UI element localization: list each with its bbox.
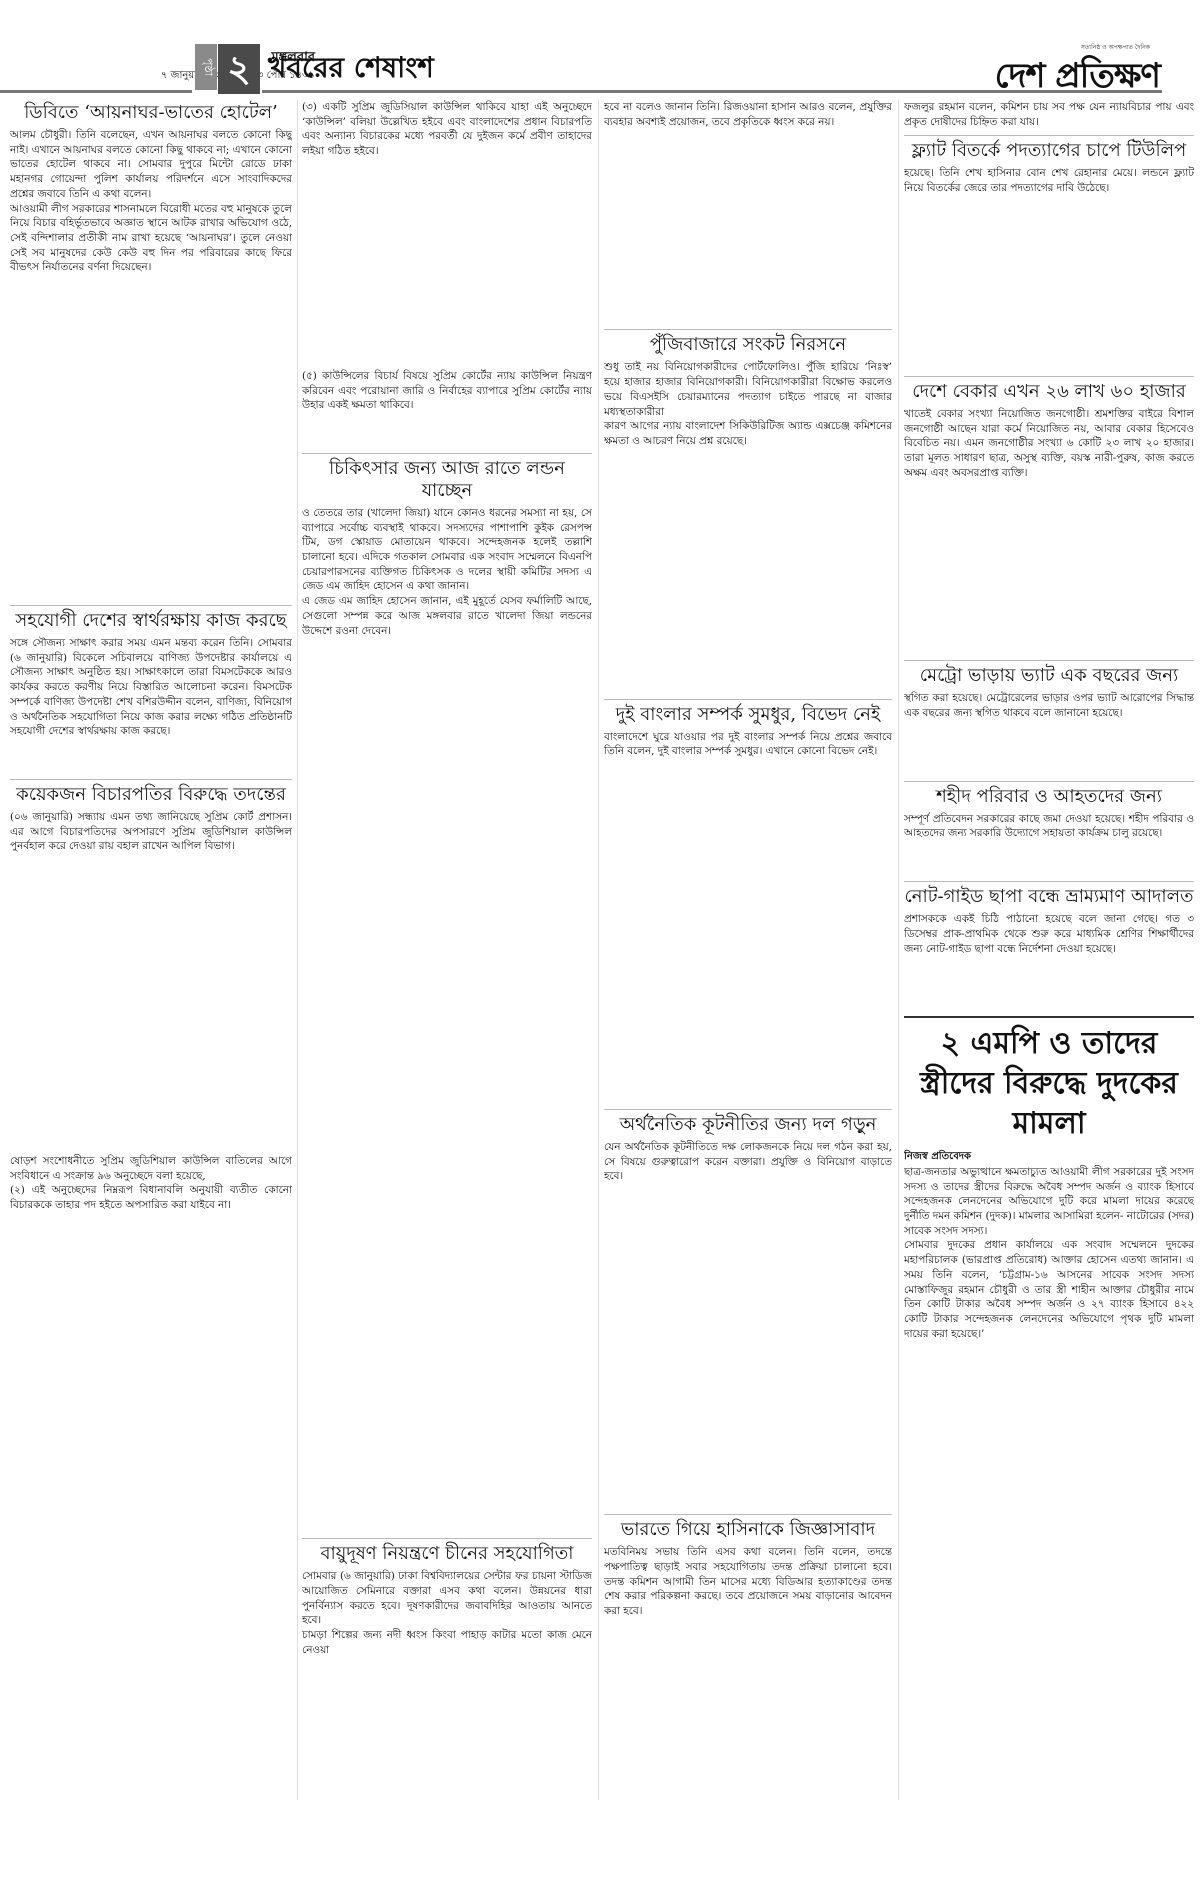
article-continuation: হবে না বলেও জানান তিনি। রিজওয়ানা হাসান … [604, 100, 892, 129]
article-paragraph: যেন অর্থনৈতিক কূটনীতিতে দক্ষ লোকজনকে নিয… [604, 1140, 892, 1184]
column-4: ফজলুর রহমান বলেন, কমিশন চায় সব পক্ষ যেন… [904, 100, 1194, 1800]
article-paragraph: ছাত্র-জনতার অভ্যুত্থানে ক্ষমতাচ্যুত আওয়… [904, 1165, 1194, 1239]
article-paragraph: আওয়ামী লীগ সরকারের শাসনামলে বিরোধী মতের… [10, 202, 292, 276]
article-unemployment: দেশে বেকার এখন ২৬ লাখ ৬০ হাজার খাতেই বেক… [904, 376, 1194, 481]
article-paragraph: সোমবার (৬ জানুয়ারি) ঢাকা বিশ্ববিদ্যালয়… [302, 1569, 592, 1628]
page-number: ২ [218, 44, 260, 94]
headline: দুই বাংলার সম্পর্ক সুমধুর, বিভেদ নেই [604, 699, 892, 726]
article-paragraph: (২) এই অনুচ্ছেদের নিম্নরূপ বিধানাবলি অনু… [10, 1183, 292, 1212]
article-metro-vat: মেট্রো ভাড়ায় ভ্যাট এক বছরের জন্য স্থগি… [904, 660, 1194, 720]
byline: নিজস্ব প্রতিবেদক [904, 1150, 1194, 1165]
headline: ভারতে গিয়ে হাসিনাকে জিজ্ঞাসাবাদ [604, 1514, 892, 1541]
article-bimstec: সহযোগী দেশের স্বার্থরক্ষায় কাজ করছে সঙ্… [10, 605, 292, 739]
column-divider [898, 100, 899, 1800]
column-2: (৩) একটি সুপ্রিম জুডিসিয়াল কাউন্সিল থাক… [302, 100, 592, 1800]
article-paragraph: খাতেই বেকার সংখ্যা নিয়োজিত জনগোষ্ঠী। শ্… [904, 407, 1194, 481]
page-label: পৃষ্ঠা [195, 44, 217, 90]
headline: চিকিৎসার জন্য আজ রাতে লন্ডন যাচ্ছেন [302, 453, 592, 502]
article-paragraph: শুধু তাই নয় বিনিয়োগকারীদের পোর্টফোলিও।… [604, 360, 892, 419]
newspaper-logo: দেশ প্রতিক্ষণ [930, 50, 1160, 107]
article-paragraph: (৩) একটি সুপ্রিম জুডিসিয়াল কাউন্সিল থাক… [302, 100, 592, 159]
article-paragraph: বাংলাদেশে ঘুরে যাওয়ার পর দুই বাংলার সম্… [604, 730, 892, 759]
headline: ২ এমপি ও তাদের স্ত্রীদের বিরুদ্ধে দুদকের… [904, 1016, 1194, 1144]
article-air-pollution: বায়ুদূষণ নিয়ন্ত্রণে চীনের সহযোগিতা সোম… [302, 1538, 592, 1657]
column-divider [598, 100, 599, 1800]
article-note-guide: নোট-গাইড ছাপা বন্ধে ভ্রাম্যমাণ আদালত প্র… [904, 881, 1194, 956]
article-paragraph: সোমবার দুদকের প্রধান কার্যালয়ে এক সংবাদ… [904, 1238, 1194, 1341]
column-1: ডিবিতে ‘আয়নাঘর-ভাতের হোটেল’ আলম চৌধুরী।… [10, 100, 292, 1800]
article-tulip: ফ্ল্যাট বিতর্কে পদত্যাগের চাপে টিউলিপ হয… [904, 135, 1194, 195]
article-paragraph: এ জেড এম জাহিদ হোসেন জানান, এই মুহূর্তে … [302, 594, 592, 638]
headline: কয়েকজন বিচারপতির বিরুদ্ধে তদন্তের [10, 779, 292, 806]
article-two-bengals: দুই বাংলার সম্পর্ক সুমধুর, বিভেদ নেই বাং… [604, 699, 892, 759]
headline: ফ্ল্যাট বিতর্কে পদত্যাগের চাপে টিউলিপ [904, 135, 1194, 162]
article-paragraph: স্থগিত করা হয়েছে। মেট্রোরেলের ভাড়ার ওপ… [904, 691, 1194, 720]
headline: বায়ুদূষণ নিয়ন্ত্রণে চীনের সহযোগিতা [302, 1538, 592, 1565]
column-divider [297, 100, 298, 1800]
article-paragraph: চামড়া শিল্পের জন্য নদী ধ্বংস কিংবা পাহা… [302, 1628, 592, 1657]
article-paragraph: কারণ আগের ন্যায় বাংলাদেশ সিকিউরিটিজ অ্য… [604, 419, 892, 448]
headline: পুঁজিবাজারে সংকট নিরসনে [604, 329, 892, 356]
article-paragraph: সম্পূর্ণ প্রতিবেদন সরকারের কাছে জমা দেওয… [904, 812, 1194, 841]
headline: দেশে বেকার এখন ২৬ লাখ ৬০ হাজার [904, 376, 1194, 403]
article-paragraph: (০৬ জানুয়ারি) সন্ধ্যায় এমন তথ্য জানিয়… [10, 810, 292, 854]
article-aynaghar: ডিবিতে ‘আয়নাঘর-ভাতের হোটেল’ আলম চৌধুরী।… [10, 102, 292, 275]
article-paragraph: ও তেতরে তার (খালেদা জিয়া) যানে কোনও ধরন… [302, 506, 592, 594]
section-title: খবরের শেষাংশ [268, 46, 434, 93]
article-paragraph: মতবিনিময় সভায় তিনি এসব কথা বলেন। তিনি … [604, 1545, 892, 1619]
headline: মেট্রো ভাড়ায় ভ্যাট এক বছরের জন্য [904, 660, 1194, 687]
article-paragraph: হবে না বলেও জানান তিনি। রিজওয়ানা হাসান … [604, 100, 892, 129]
article-paragraph: সঙ্গে সৌজন্য সাক্ষাৎ করার সময় এমন মন্তব… [10, 636, 292, 739]
article-stock-market: পুঁজিবাজারে সংকট নিরসনে শুধু তাই নয় বিন… [604, 329, 892, 448]
column-3: হবে না বলেও জানান তিনি। রিজওয়ানা হাসান … [604, 100, 892, 1800]
article-economic-diplomacy: অর্থনৈতিক কূটনীতির জন্য দল গড়ুন যেন অর্… [604, 1109, 892, 1184]
article-judicial-council-cont: (৩) একটি সুপ্রিম জুডিসিয়াল কাউন্সিল থাক… [302, 100, 592, 413]
headline: অর্থনৈতিক কূটনীতির জন্য দল গড়ুন [604, 1109, 892, 1136]
article-paragraph: ফজলুর রহমান বলেন, কমিশন চায় সব পক্ষ যেন… [904, 100, 1194, 129]
headline: ডিবিতে ‘আয়নাঘর-ভাতের হোটেল’ [10, 102, 292, 124]
masthead-rule [0, 90, 192, 93]
article-paragraph: হয়েছে। তিনি শেখ হাসিনার বোন শেখ রেহানার… [904, 166, 1194, 195]
article-london-treatment: চিকিৎসার জন্য আজ রাতে লন্ডন যাচ্ছেন ও তে… [302, 453, 592, 638]
headline: নোট-গাইড ছাপা বন্ধে ভ্রাম্যমাণ আদালত [904, 881, 1194, 908]
page-masthead: মঙ্গলবার ৭ জানুয়ারি ২০২৫ □ ২৩ পৌষ ১৪৩১ … [0, 0, 1200, 95]
article-continuation: ফজলুর রহমান বলেন, কমিশন চায় সব পক্ষ যেন… [904, 100, 1194, 129]
masthead-rule [262, 90, 1162, 93]
article-paragraph: ষোড়শ সংশোধনীতে সুপ্রিম জুডিশিয়াল কাউন্… [10, 1154, 292, 1183]
article-paragraph: প্রশাসককে একই চিঠি পাঠানো হয়েছে বলে জান… [904, 912, 1194, 956]
article-judges-probe: কয়েকজন বিচারপতির বিরুদ্ধে তদন্তের (০৬ জ… [10, 779, 292, 1213]
headline: শহীদ পরিবার ও আহতদের জন্য [904, 781, 1194, 808]
article-paragraph: (৫) কাউন্সিলের বিচার্য বিষয়ে সুপ্রিম কো… [302, 369, 592, 413]
article-martyr-families: শহীদ পরিবার ও আহতদের জন্য সম্পূর্ণ প্রতি… [904, 781, 1194, 841]
article-acc-case: ২ এমপি ও তাদের স্ত্রীদের বিরুদ্ধে দুদকের… [904, 1016, 1194, 1341]
headline: সহযোগী দেশের স্বার্থরক্ষায় কাজ করছে [10, 605, 292, 632]
article-paragraph: আলম চৌধুরী। তিনি বলেছেন, এখন আয়নাঘর বলত… [10, 128, 292, 202]
article-hasina-interrogation: ভারতে গিয়ে হাসিনাকে জিজ্ঞাসাবাদ মতবিনিম… [604, 1514, 892, 1619]
